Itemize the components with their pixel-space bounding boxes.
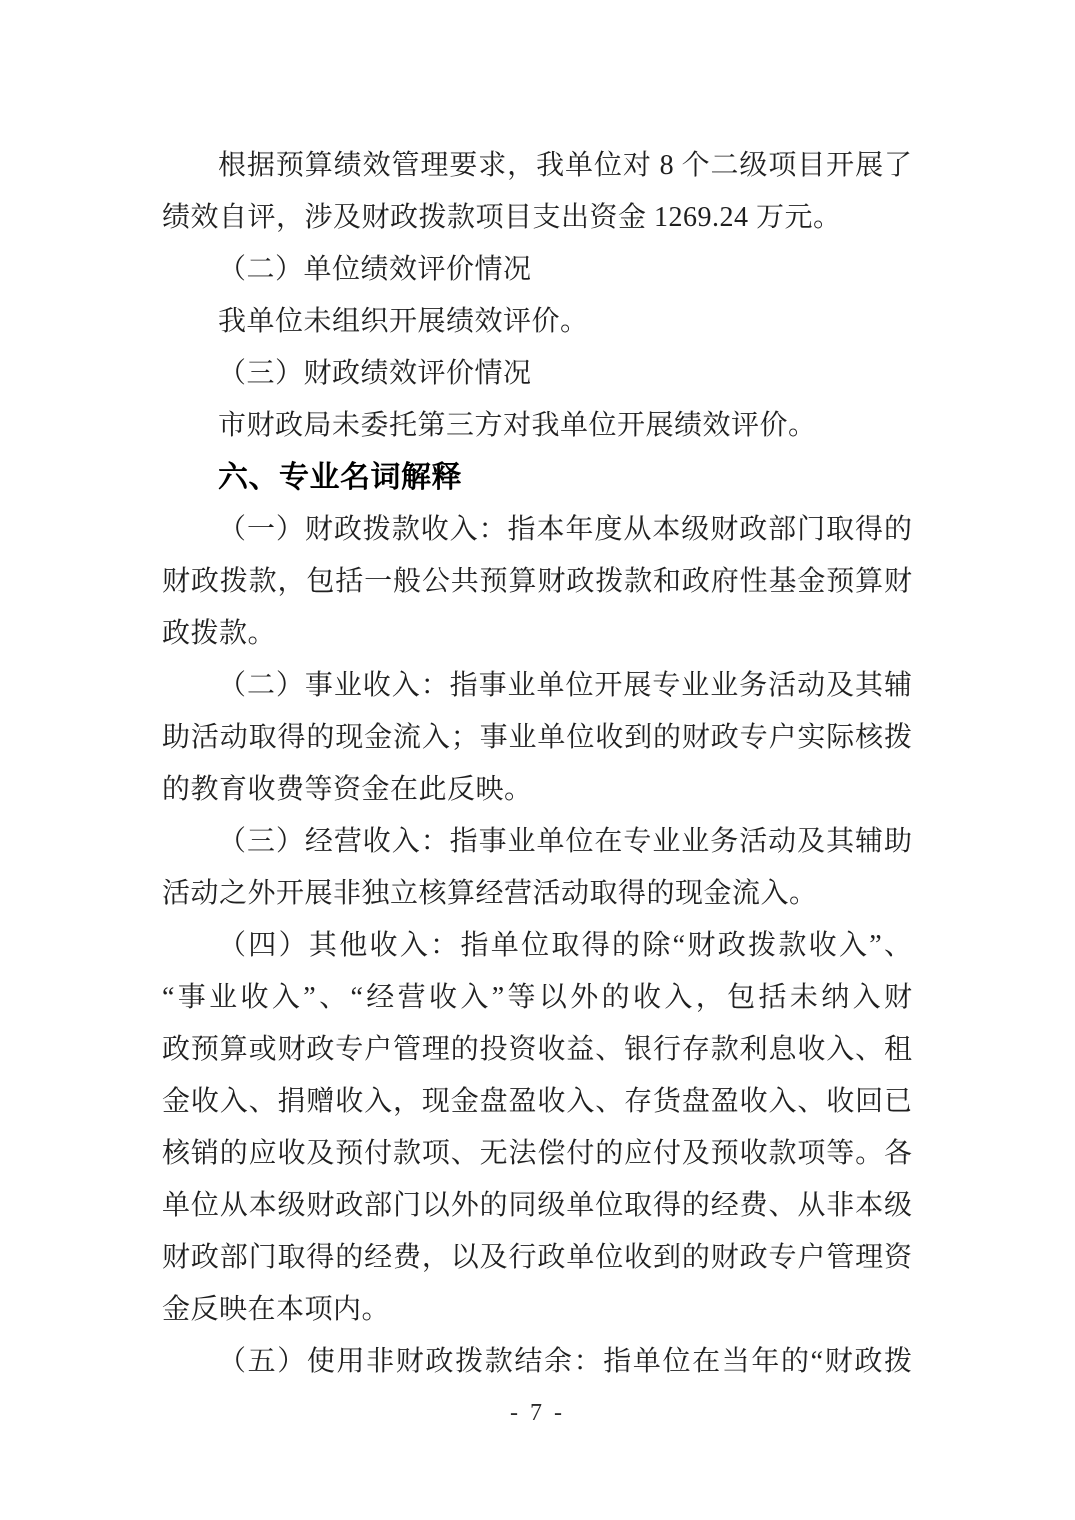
text-line: （五）使用非财政拨款结余：指单位在当年的“财政拨	[162, 1336, 912, 1388]
text-line: 政预算或财政专户管理的投资收益、银行存款利息收入、租	[162, 1024, 912, 1076]
text-line: （一）财政拨款收入：指本年度从本级财政部门取得的	[162, 504, 912, 556]
text-line: 单位从本级财政部门以外的同级单位取得的经费、从非本级	[162, 1180, 912, 1232]
document-body: 根据预算绩效管理要求，我单位对 8 个二级项目开展了绩效自评，涉及财政拨款项目支…	[162, 140, 912, 1388]
document-page: 根据预算绩效管理要求，我单位对 8 个二级项目开展了绩效自评，涉及财政拨款项目支…	[0, 0, 1075, 1520]
text-line: 金收入、捐赠收入，现金盘盈收入、存货盘盈收入、收回已	[162, 1076, 912, 1128]
text-line: 财政部门取得的经费，以及行政单位收到的财政专户管理资	[162, 1232, 912, 1284]
text-line: 财政拨款，包括一般公共预算财政拨款和政府性基金预算财	[162, 556, 912, 608]
text-line: 市财政局未委托第三方对我单位开展绩效评价。	[162, 400, 912, 452]
text-line: 助活动取得的现金流入；事业单位收到的财政专户实际核拨	[162, 712, 912, 764]
text-line: 活动之外开展非独立核算经营活动取得的现金流入。	[162, 868, 912, 920]
text-line: 我单位未组织开展绩效评价。	[162, 296, 912, 348]
section-heading: 六、专业名词解释	[162, 452, 912, 504]
page-number-footer: - 7 -	[0, 1398, 1075, 1428]
text-line: 金反映在本项内。	[162, 1284, 912, 1336]
text-line: 绩效自评，涉及财政拨款项目支出资金 1269.24 万元。	[162, 192, 912, 244]
text-line: （二）单位绩效评价情况	[162, 244, 912, 296]
text-line: 政拨款。	[162, 608, 912, 660]
text-line: “事业收入”、“经营收入”等以外的收入，包括未纳入财	[162, 972, 912, 1024]
text-line: （三）经营收入：指事业单位在专业业务活动及其辅助	[162, 816, 912, 868]
text-line: 根据预算绩效管理要求，我单位对 8 个二级项目开展了	[162, 140, 912, 192]
text-line: （四）其他收入：指单位取得的除“财政拨款收入”、	[162, 920, 912, 972]
text-line: （二）事业收入：指事业单位开展专业业务活动及其辅	[162, 660, 912, 712]
text-line: （三）财政绩效评价情况	[162, 348, 912, 400]
text-line: 的教育收费等资金在此反映。	[162, 764, 912, 816]
text-line: 核销的应收及预付款项、无法偿付的应付及预收款项等。各	[162, 1128, 912, 1180]
